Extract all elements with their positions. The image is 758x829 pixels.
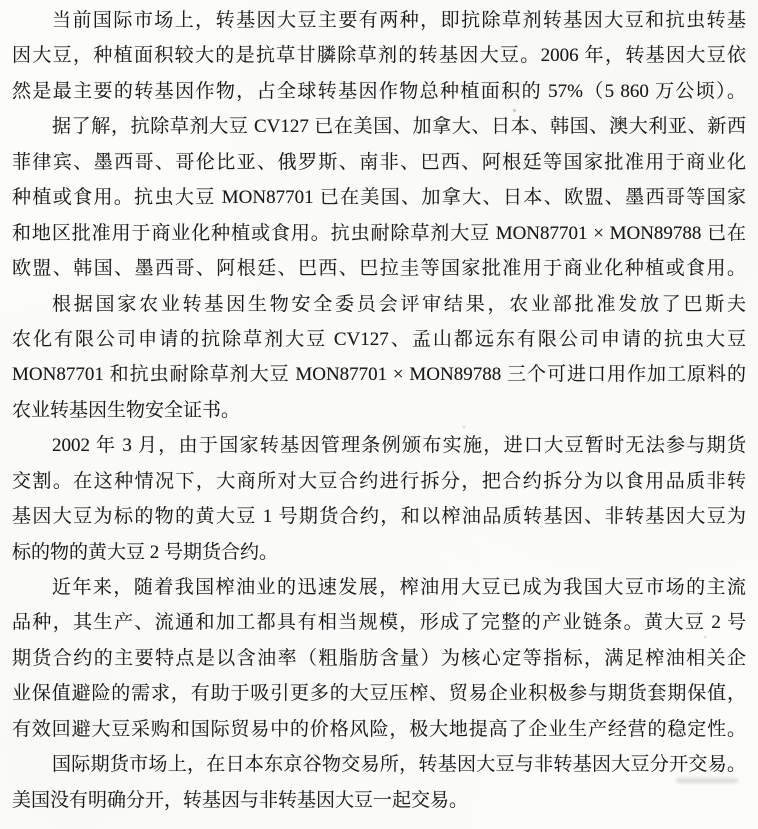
text-line: 当前国际市场上，转基因大豆主要有两种，即抗除草剂转基因大豆和抗虫转基 xyxy=(12,3,746,38)
text-line: 然是最主要的转基因作物，占全球转基因作物总种植面积的 57%（5 860 万公顷… xyxy=(12,74,746,109)
scan-artifact-speck xyxy=(513,109,516,112)
text-line: 国际期货市场上，在日本东京谷物交易所，转基因大豆与非转基因大豆分开交易。 xyxy=(12,747,746,782)
text-line: 标的物的黄大豆 2 号期货合约。 xyxy=(12,535,746,570)
text-line: 有效回避大豆采购和国际贸易中的价格风险，极大地提高了企业生产经营的稳定性。 xyxy=(12,712,746,747)
text-line: 根据国家农业转基因生物安全委员会评审结果，农业部批准发放了巴斯夫 xyxy=(12,287,746,322)
text-line: 2002 年 3 月，由于国家转基因管理条例颁布实施，进口大豆暂时无法参与期货 xyxy=(12,428,746,463)
scan-artifact-smudge xyxy=(676,778,738,783)
text-line: 交割。在这种情况下，大商所对大豆合约进行拆分，把合约拆分为以食用品质非转 xyxy=(12,464,746,499)
text-line: 品种，其生产、流通和加工都具有相当规模，形成了完整的产业链条。黄大豆 2 号 xyxy=(12,605,746,640)
scan-artifact-speck xyxy=(704,636,706,638)
text-line: 据了解，抗除草剂大豆 CV127 已在美国、加拿大、日本、韩国、澳大利亚、新西兰… xyxy=(12,109,746,144)
text-line: 农业转基因生物安全证书。 xyxy=(12,393,746,428)
text-line: 和地区批准用于商业化种植或食用。抗虫耐除草剂大豆 MON87701 × MON8… xyxy=(12,216,746,251)
text-line: 基因大豆为标的物的黄大豆 1 号期货合约，和以榨油品质转基因、非转基因大豆为 xyxy=(12,499,746,534)
text-line: MON87701 和抗虫耐除草剂大豆 MON87701 × MON89788 三… xyxy=(12,357,746,392)
text-line: 业保值避险的需求，有助于吸引更多的大豆压榨、贸易企业积极参与期货套期保值， xyxy=(12,676,746,711)
scanned-document-page: 当前国际市场上，转基因大豆主要有两种，即抗除草剂转基因大豆和抗虫转基因大豆，种植… xyxy=(0,0,758,829)
text-line: 农化有限公司申请的抗除草剂大豆 CV127、孟山都远东有限公司申请的抗虫大豆 xyxy=(12,322,746,357)
text-line: 因大豆，种植面积较大的是抗草甘膦除草剂的转基因大豆。2006 年，转基因大豆依 xyxy=(12,38,746,73)
document-body: 当前国际市场上，转基因大豆主要有两种，即抗除草剂转基因大豆和抗虫转基因大豆，种植… xyxy=(12,3,746,818)
text-line: 近年来，随着我国榨油业的迅速发展，榨油用大豆已成为我国大豆市场的主流 xyxy=(12,570,746,605)
text-line: 菲律宾、墨西哥、哥伦比亚、俄罗斯、南非、巴西、阿根廷等国家批准用于商业化 xyxy=(12,145,746,180)
text-line: 美国没有明确分开，转基因与非转基因大豆一起交易。 xyxy=(12,783,746,818)
text-line: 种植或食用。抗虫大豆 MON87701 已在美国、加拿大、日本、欧盟、墨西哥等国… xyxy=(12,180,746,215)
text-line: 欧盟、韩国、墨西哥、阿根廷、巴西、巴拉圭等国家批准用于商业化种植或食用。 xyxy=(12,251,746,286)
text-line: 期货合约的主要特点是以含油率（粗脂肪含量）为核心定等指标，满足榨油相关企 xyxy=(12,641,746,676)
scan-artifact-speck xyxy=(463,426,465,428)
